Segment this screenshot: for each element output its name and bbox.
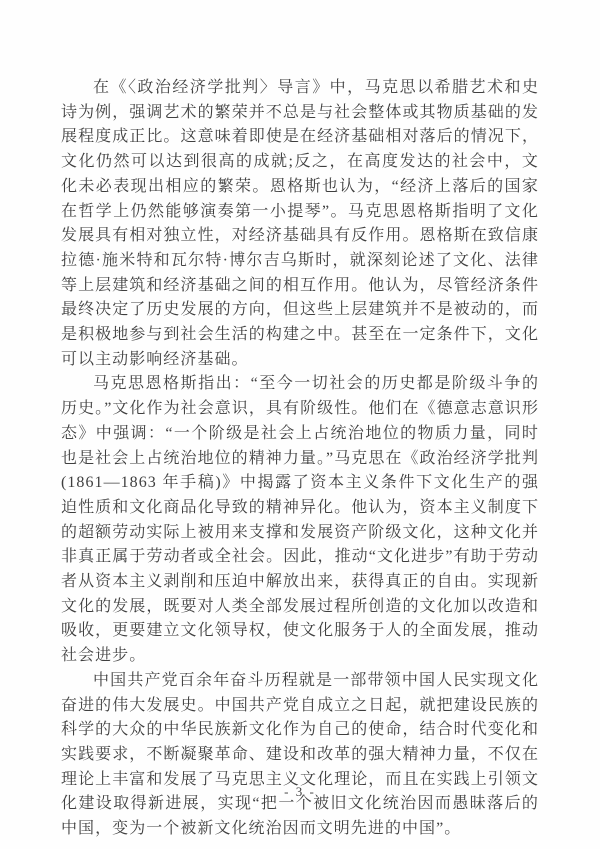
document-page: 在《〈政治经济学批判〉导言》中，马克思以希腊艺术和史诗为例，强调艺术的繁荣并不总… bbox=[0, 0, 600, 849]
paragraph-1: 在《〈政治经济学批判〉导言》中，马克思以希腊艺术和史诗为例，强调艺术的繁荣并不总… bbox=[61, 76, 539, 372]
paragraph-2: 马克思恩格斯指出：“至今一切社会的历史都是阶级斗争的历史。”文化作为社会意识，具… bbox=[61, 372, 539, 668]
paragraph-3: 中国共产党百余年奋斗历程就是一部带领中国人民实现文化奋进的伟大发展史。中国共产党… bbox=[61, 669, 539, 842]
document-body: 在《〈政治经济学批判〉导言》中，马克思以希腊艺术和史诗为例，强调艺术的繁荣并不总… bbox=[61, 76, 539, 842]
page-number: - 3 - bbox=[0, 784, 600, 800]
